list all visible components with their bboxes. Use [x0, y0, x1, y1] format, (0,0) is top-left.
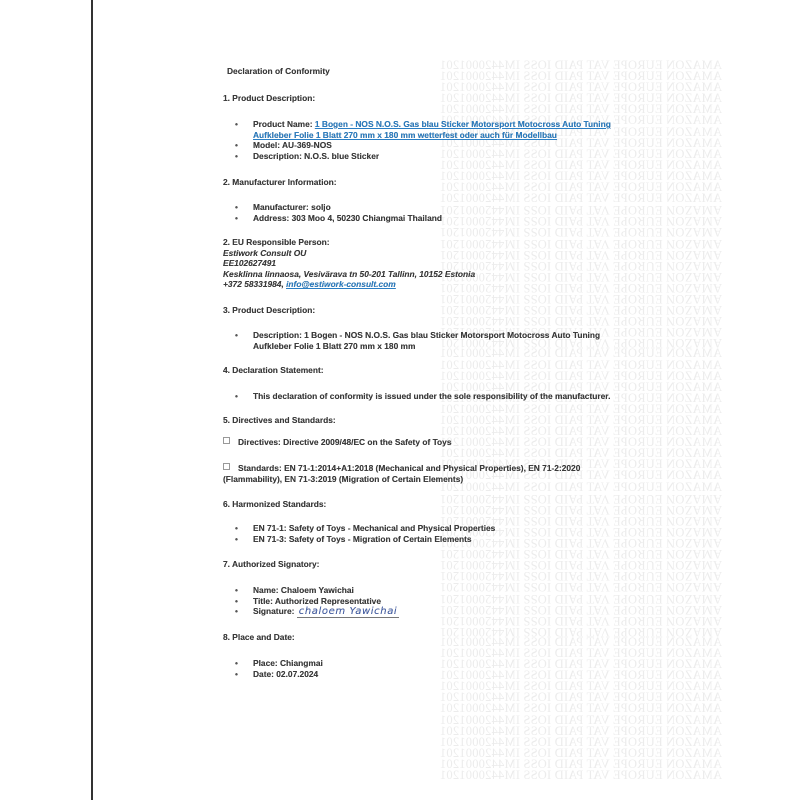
product-name-label: Product Name: [253, 119, 313, 129]
section-1-heading: 1. Product Description: [223, 93, 315, 104]
eu-address: Kesklinna linnaosa, Vesivärava tn 50-201… [223, 269, 475, 280]
document-title: Declaration of Conformity [227, 66, 330, 77]
section-2-heading: 2. Manufacturer Information: [223, 177, 337, 188]
eu-responsible-heading: 2. EU Responsible Person: [223, 237, 475, 248]
eu-reg-number: EE102627491 [223, 258, 475, 269]
eu-phone: +372 58331984, [223, 279, 284, 289]
watermark-row: AMAZON EUROPE VAT PAID IOSS IM4420001201 [402, 770, 722, 781]
signatory-name: Name: Chaloem Yawichai [223, 585, 663, 596]
signatory-title: Title: Authorized Representative [223, 596, 663, 607]
signature-label: Signature: [253, 606, 294, 616]
watermark-row: AMAZON EUROPE VAT PAID IOSS IM4420001201 [402, 493, 722, 504]
section-2-list: Manufacturer: soljo Address: 303 Moo 4, … [223, 202, 663, 223]
eu-contact: +372 58331984, info@estiwork-consult.com [223, 279, 475, 290]
eu-email-link[interactable]: info@estiwork-consult.com [286, 279, 396, 289]
scan-edge-line [91, 0, 93, 800]
product-name-item: Product Name: 1 Bogen - NOS N.O.S. Gas b… [223, 119, 663, 140]
eu-company: Estiwork Consult OU [223, 248, 475, 259]
section-4-list: This declaration of conformity is issued… [223, 391, 663, 402]
section-5-heading: 5. Directives and Standards: [223, 415, 336, 426]
section-7-heading: 7. Authorized Signatory: [223, 559, 319, 570]
harmonized-standard-item: EN 71-1: Safety of Toys - Mechanical and… [223, 523, 663, 534]
harmonized-standards-list: EN 71-1: Safety of Toys - Mechanical and… [223, 523, 663, 544]
section-1-list: Product Name: 1 Bogen - NOS N.O.S. Gas b… [223, 119, 663, 161]
signature-item: Signature: chaloem Yawichai [223, 606, 663, 618]
section-6-heading: 6. Harmonized Standards: [223, 499, 326, 510]
section-3-heading: 3. Product Description: [223, 305, 315, 316]
harmonized-standard-item: EN 71-3: Safety of Toys - Migration of C… [223, 534, 663, 545]
directives-line: Directives: Directive 2009/48/EC on the … [223, 437, 452, 448]
address-item: Address: 303 Moo 4, 50230 Chiangmai Thai… [223, 213, 663, 224]
declaration-statement: This declaration of conformity is issued… [223, 391, 663, 402]
description-item: Description: N.O.S. blue Sticker [223, 151, 663, 162]
handwritten-signature: chaloem Yawichai [297, 606, 400, 618]
product-description-item: Description: 1 Bogen - NOS N.O.S. Gas bl… [223, 330, 663, 351]
place-date-list: Place: Chiangmai Date: 02.07.2024 [223, 658, 663, 679]
section-3-list: Description: 1 Bogen - NOS N.O.S. Gas bl… [223, 330, 663, 351]
manufacturer-item: Manufacturer: soljo [223, 202, 663, 213]
checkbox-icon [223, 463, 230, 470]
watermark-row: AMAZON EUROPE VAT PAID IOSS IM4420001201 [402, 226, 722, 237]
model-item: Model: AU-369-NOS [223, 140, 663, 151]
date-item: Date: 02.07.2024 [223, 669, 663, 680]
standards-block: Standards: EN 71-1:2014+A1:2018 (Mechani… [223, 463, 580, 484]
section-4-heading: 4. Declaration Statement: [223, 365, 324, 376]
eu-responsible-block: 2. EU Responsible Person: Estiwork Consu… [223, 237, 475, 290]
section-8-heading: 8. Place and Date: [223, 632, 295, 643]
signatory-list: Name: Chaloem Yawichai Title: Authorized… [223, 585, 663, 618]
checkbox-icon [223, 437, 230, 444]
place-item: Place: Chiangmai [223, 658, 663, 669]
